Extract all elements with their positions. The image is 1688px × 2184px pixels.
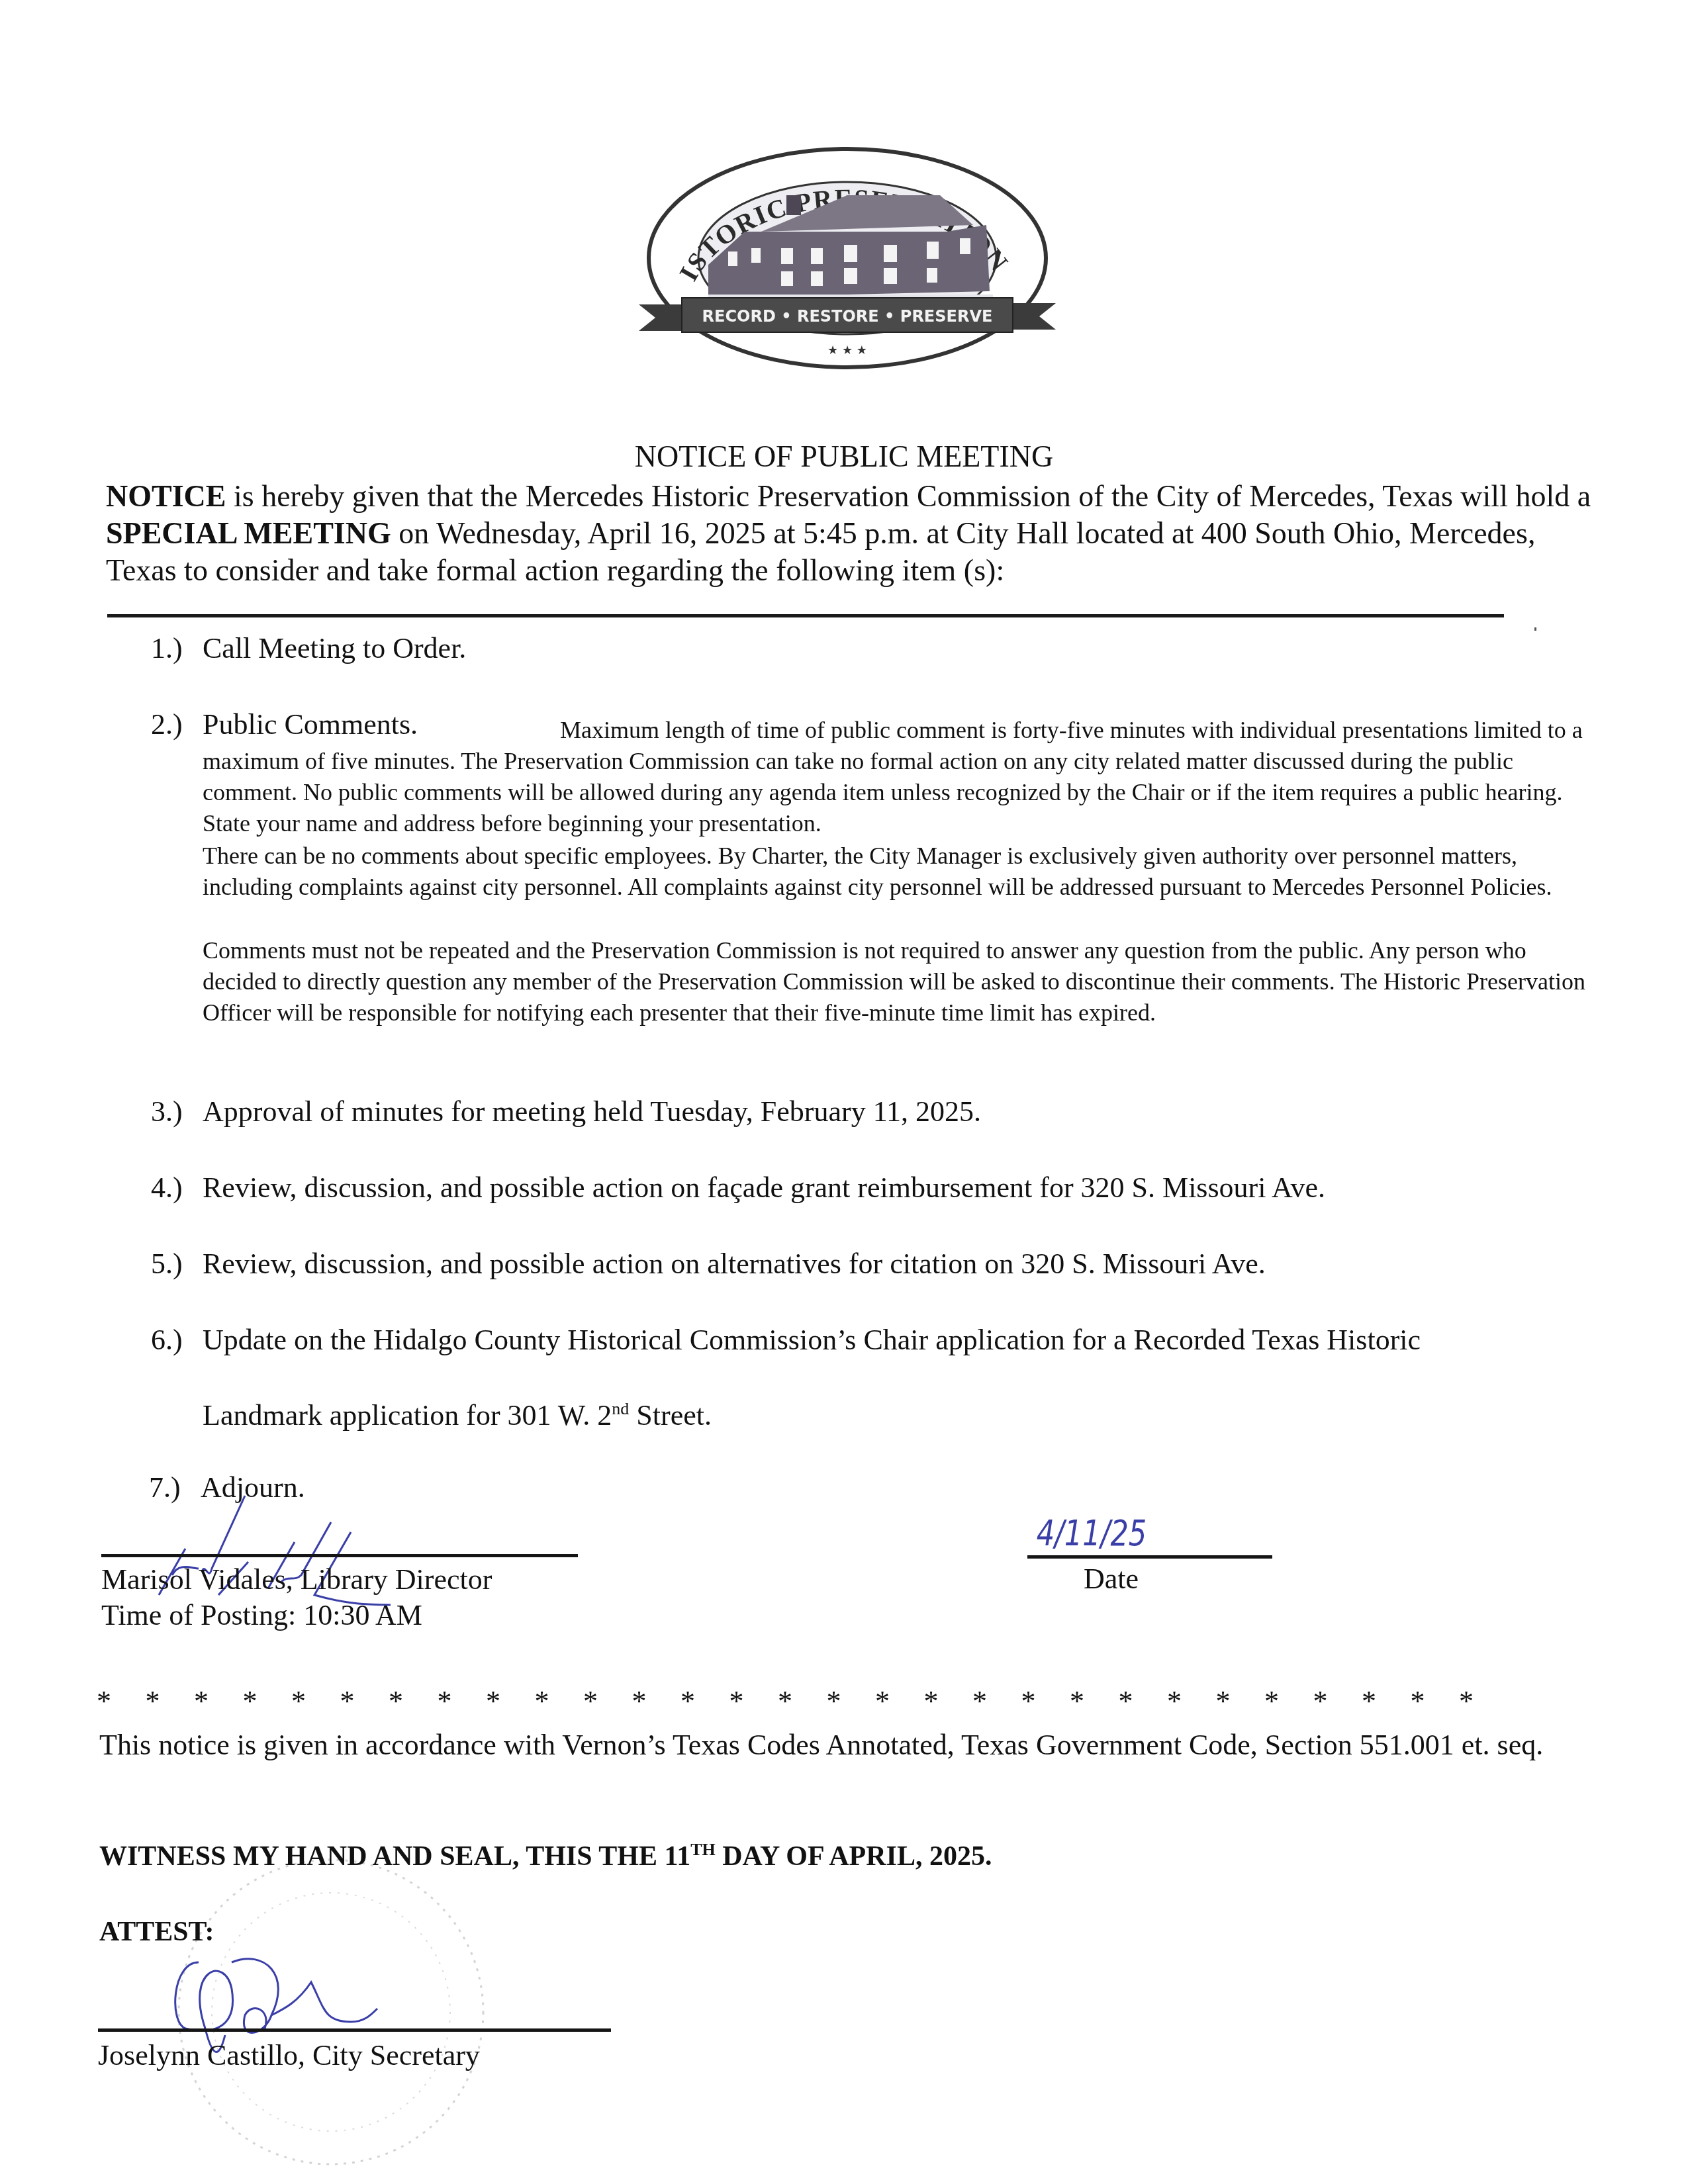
star-glyph: * bbox=[194, 1684, 209, 1718]
scan-speck bbox=[1534, 627, 1536, 631]
time-of-posting: Time of Posting: 10:30 AM bbox=[101, 1598, 492, 1633]
star-glyph: * bbox=[827, 1684, 841, 1718]
star-glyph: * bbox=[1411, 1684, 1425, 1718]
star-glyph: * bbox=[875, 1684, 890, 1718]
agenda-item-6-continued: Landmark application for 301 W. 2nd Stre… bbox=[203, 1398, 712, 1432]
star-glyph: * bbox=[1313, 1684, 1328, 1718]
star-glyph: * bbox=[1362, 1684, 1376, 1718]
star-glyph: * bbox=[486, 1684, 500, 1718]
agenda-item-5: 5.)Review, discussion, and possible acti… bbox=[151, 1248, 1266, 1281]
public-comments-para-1: Maximum length of time of public comment… bbox=[203, 715, 1606, 839]
director-name: Marisol Vidales, Library Director Time o… bbox=[101, 1562, 492, 1633]
agenda-item-3: 3.)Approval of minutes for meeting held … bbox=[151, 1095, 981, 1128]
star-glyph: * bbox=[438, 1684, 452, 1718]
handwritten-date: 4/11/25 bbox=[1037, 1512, 1147, 1554]
logo-ribbon-text: RECORD • RESTORE • PRESERVE bbox=[702, 307, 993, 326]
date-label: Date bbox=[1084, 1562, 1139, 1596]
star-glyph: * bbox=[389, 1684, 403, 1718]
star-glyph: * bbox=[243, 1684, 258, 1718]
public-comments-para-2: There can be no comments about specific … bbox=[203, 841, 1606, 903]
secretary-signature-line bbox=[98, 2028, 611, 2032]
notice-title: NOTICE OF PUBLIC MEETING bbox=[0, 439, 1688, 474]
public-comments-para-3: Comments must not be repeated and the Pr… bbox=[203, 935, 1606, 1028]
witness-statement: WITNESS MY HAND AND SEAL, THIS THE 11TH … bbox=[99, 1840, 992, 1872]
star-glyph: * bbox=[1119, 1684, 1133, 1718]
divider bbox=[107, 614, 1504, 617]
legal-notice: This notice is given in accordance with … bbox=[99, 1726, 1622, 1764]
agenda-item-4: 4.)Review, discussion, and possible acti… bbox=[151, 1171, 1325, 1205]
notice-intro: NOTICE is hereby given that the Mercedes… bbox=[106, 478, 1602, 589]
commission-logo: MERCEDES HISTORIC PRESERVATION COMMISSIO… bbox=[629, 132, 1066, 371]
special-meeting-bold: SPECIAL MEETING bbox=[106, 516, 391, 550]
star-glyph: * bbox=[729, 1684, 744, 1718]
star-glyph: * bbox=[1167, 1684, 1182, 1718]
star-glyph: * bbox=[291, 1684, 306, 1718]
star-glyph: * bbox=[972, 1684, 987, 1718]
star-separator: ***************************** bbox=[97, 1684, 1474, 1718]
star-glyph: * bbox=[778, 1684, 792, 1718]
date-line bbox=[1027, 1555, 1272, 1559]
star-glyph: * bbox=[583, 1684, 598, 1718]
star-glyph: * bbox=[1070, 1684, 1084, 1718]
star-glyph: * bbox=[1459, 1684, 1474, 1718]
logo-stars: ★ ★ ★ bbox=[827, 343, 867, 357]
agenda-item-1: 1.)Call Meeting to Order. bbox=[151, 632, 466, 665]
secretary-name: Joselynn Castillo, City Secretary bbox=[98, 2038, 480, 2072]
star-glyph: * bbox=[680, 1684, 695, 1718]
star-glyph: * bbox=[1021, 1684, 1036, 1718]
star-glyph: * bbox=[97, 1684, 111, 1718]
star-glyph: * bbox=[535, 1684, 549, 1718]
notice-bold: NOTICE bbox=[106, 479, 226, 513]
star-glyph: * bbox=[1264, 1684, 1279, 1718]
star-glyph: * bbox=[632, 1684, 647, 1718]
director-signature-line bbox=[101, 1554, 578, 1557]
agenda-item-6: 6.)Update on the Hidalgo County Historic… bbox=[151, 1324, 1421, 1357]
attest-label: ATTEST: bbox=[99, 1916, 214, 1948]
star-glyph: * bbox=[1216, 1684, 1231, 1718]
star-glyph: * bbox=[340, 1684, 355, 1718]
star-glyph: * bbox=[146, 1684, 160, 1718]
star-glyph: * bbox=[924, 1684, 939, 1718]
